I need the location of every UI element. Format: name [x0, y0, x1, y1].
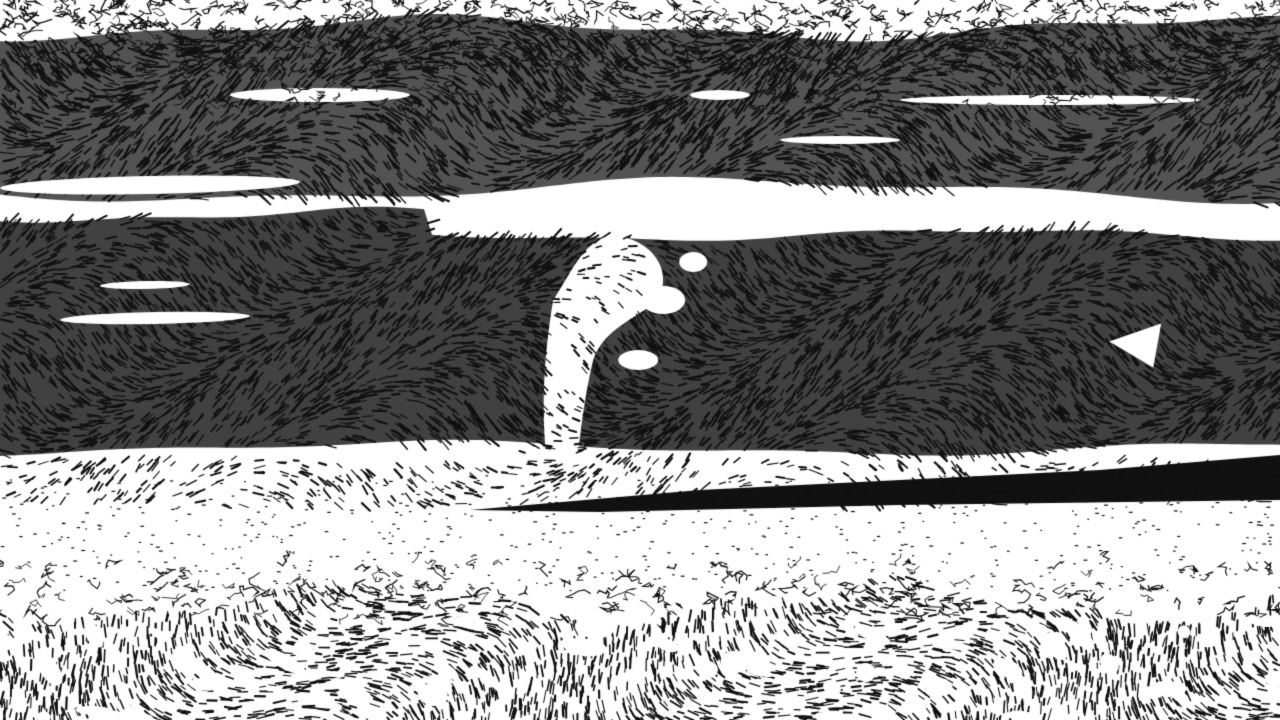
hatched-landscape-artwork [0, 0, 1280, 720]
